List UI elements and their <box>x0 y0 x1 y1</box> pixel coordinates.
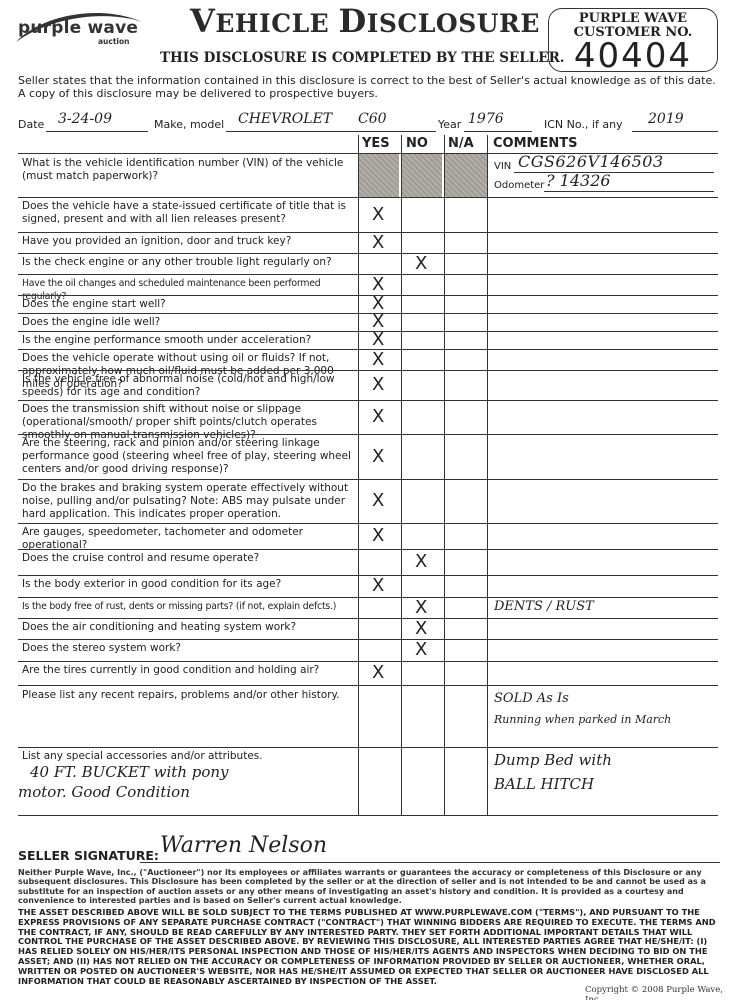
question-text: Is the check engine or any other trouble… <box>22 256 352 269</box>
question-text: Are the tires currently in good conditio… <box>22 664 352 677</box>
icn-field[interactable]: 2019 <box>648 111 684 127</box>
question-text: Does the engine start well? <box>22 298 352 311</box>
customer-box-line1: PURPLE WAVE <box>549 12 717 26</box>
checkmark-no[interactable]: X <box>415 641 427 659</box>
accessories-answer-1[interactable]: 40 FT. BUCKET with pony <box>30 763 229 781</box>
vin-yes-shaded <box>359 154 399 197</box>
history-question: Please list any recent repairs, problems… <box>22 689 352 702</box>
make-model-label: Make, model <box>154 118 224 131</box>
checkmark-yes[interactable]: X <box>372 492 384 510</box>
year-label: Year <box>438 118 461 131</box>
question-text: Is the body free of rust, dents or missi… <box>22 600 352 613</box>
comment-text[interactable]: DENTS / RUST <box>494 599 594 614</box>
make-field[interactable]: CHEVROLET <box>238 111 332 127</box>
purple-wave-logo: purple wave auction <box>12 4 152 50</box>
accessories-comment-2[interactable]: BALL HITCH <box>494 775 594 793</box>
vin-na-shaded <box>445 154 487 197</box>
accessories-question: List any special accessories and/or attr… <box>22 750 352 763</box>
question-text: Does the air conditioning and heating sy… <box>22 621 352 634</box>
history-comment-2[interactable]: Running when parked in March <box>494 713 671 726</box>
odometer-field[interactable]: ? 14326 <box>546 171 611 190</box>
column-comments: COMMENTS <box>493 136 577 151</box>
disclaimer-text: Neither Purple Wave, Inc., ("Auctioneer"… <box>18 868 723 906</box>
date-label: Date <box>18 118 44 131</box>
intro-text: Seller states that the information conta… <box>18 74 733 100</box>
checkmark-yes[interactable]: X <box>372 376 384 394</box>
question-text: Is the engine performance smooth under a… <box>22 334 352 347</box>
accessories-answer-2[interactable]: motor. Good Condition <box>18 783 190 801</box>
copyright-text: Copyright © 2008 Purple Wave, Inc. <box>585 985 736 1000</box>
column-yes: YES <box>362 136 390 151</box>
checkmark-yes[interactable]: X <box>372 577 384 595</box>
accessories-comment-1[interactable]: Dump Bed with <box>494 751 612 769</box>
question-text: Are the steering, rack and pinion and/or… <box>22 437 352 476</box>
column-no: NO <box>406 136 428 151</box>
customer-number[interactable]: 40404 <box>549 39 717 73</box>
page-subtitle: THIS DISCLOSURE IS COMPLETED BY THE SELL… <box>160 50 565 66</box>
seller-signature-label: SELLER SIGNATURE: <box>18 848 159 863</box>
page-title: VEHICLE DISCLOSURE <box>190 2 540 40</box>
customer-number-box: PURPLE WAVE CUSTOMER NO. 40404 <box>548 8 718 72</box>
checkmark-yes[interactable]: X <box>372 408 384 426</box>
vehicle-info-row: Date 3-24-09 Make, model CHEVROLET C60 Y… <box>18 110 718 132</box>
checkmark-no[interactable]: X <box>415 255 427 273</box>
vin-label: VIN <box>494 161 511 172</box>
checkmark-yes[interactable]: X <box>372 448 384 466</box>
question-text: Does the cruise control and resume opera… <box>22 552 352 565</box>
model-field[interactable]: C60 <box>358 111 387 127</box>
vin-no-shaded <box>402 154 442 197</box>
odometer-label: Odometer <box>494 180 544 191</box>
date-field[interactable]: 3-24-09 <box>58 111 112 127</box>
checkmark-no[interactable]: X <box>415 599 427 617</box>
terms-text: THE ASSET DESCRIBED ABOVE WILL BE SOLD S… <box>18 908 723 986</box>
question-text: Does the engine idle well? <box>22 316 352 329</box>
checkmark-no[interactable]: X <box>415 553 427 571</box>
checkmark-no[interactable]: X <box>415 620 427 638</box>
question-text: Have you provided an ignition, door and … <box>22 235 352 248</box>
question-text: Is the body exterior in good condition f… <box>22 578 352 591</box>
column-na: N/A <box>448 136 474 151</box>
question-text: Is the vehicle free of abnormal noise (c… <box>22 373 352 399</box>
checkmark-yes[interactable]: X <box>372 351 384 369</box>
checkmark-yes[interactable]: X <box>372 234 384 252</box>
vin-question: What is the vehicle identification numbe… <box>22 157 352 183</box>
icn-label: ICN No., if any <box>544 118 623 131</box>
seller-signature-field[interactable]: Warren Nelson <box>160 833 327 858</box>
checkmark-yes[interactable]: X <box>372 276 384 294</box>
question-text: Does the stereo system work? <box>22 642 352 655</box>
logo-subtitle: auction <box>98 37 130 46</box>
question-text: Do the brakes and braking system operate… <box>22 482 352 521</box>
checkmark-yes[interactable]: X <box>372 527 384 545</box>
vin-field[interactable]: CGS626V146503 <box>518 152 664 171</box>
logo-name: purple wave <box>18 18 138 38</box>
checkmark-yes[interactable]: X <box>372 206 384 224</box>
history-comment-1[interactable]: SOLD As Is <box>494 691 569 706</box>
year-field[interactable]: 1976 <box>468 111 504 127</box>
checkmark-yes[interactable]: X <box>372 331 384 349</box>
question-text: Does the vehicle have a state-issued cer… <box>22 200 352 226</box>
checkmark-yes[interactable]: X <box>372 664 384 682</box>
